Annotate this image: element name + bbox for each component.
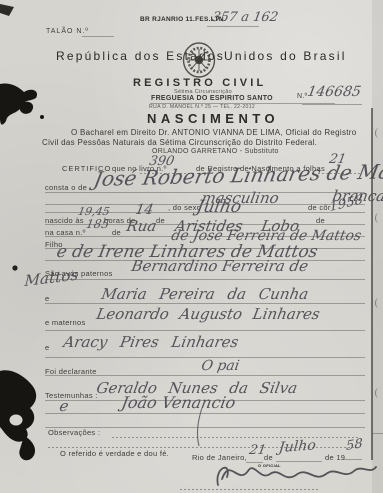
house-number-value: 185: [85, 217, 110, 231]
paternal-grandmother-value: Maria Pereira da Cunha: [100, 285, 310, 303]
edge-artifact: [375, 128, 382, 138]
label-testemunhas: Testemunhas :: [45, 391, 98, 400]
certificate-number-value: 146685: [306, 84, 362, 100]
label-observacoes: Observações :: [48, 428, 100, 437]
witness2-value: João Venancio: [120, 393, 237, 412]
fold-line: [371, 108, 373, 460]
closing-statement: O referido é verdade e dou fé.: [60, 449, 169, 458]
form-rule-line: [45, 303, 365, 304]
edge-mark: [372, 433, 383, 434]
address-label: RUA D. MANOEL N.º 25 — TEL. 22-2012: [149, 104, 255, 110]
declarant-value: O pai: [200, 358, 241, 374]
freguesia-label: FREGUESIA DO ESPIRITO SANTO: [151, 95, 273, 102]
paternal-grandfather-cont: Mattos: [24, 266, 79, 290]
document-title: NASCIMENTO: [147, 111, 279, 126]
archive-stamp-number: 357 a 162: [211, 10, 279, 25]
number-underline: [302, 104, 362, 105]
edge-artifact: [375, 388, 382, 398]
edge-artifact: [375, 213, 382, 223]
form-rule-line: [45, 375, 365, 376]
paternal-grandfather-value: Bernardino Ferreira de: [130, 257, 310, 275]
talao-label: TALÃO N.º: [46, 28, 89, 35]
stamp-underline: [207, 26, 259, 27]
page-edge-shadow: [372, 0, 383, 493]
maternal-grandmother-value: Aracy Pires Linhares: [62, 333, 240, 351]
edge-artifact: [375, 298, 382, 308]
date-year-value: 58: [346, 436, 363, 454]
talao-line: [82, 36, 114, 37]
birth-certificate-page: BR RJANRIO 11.FES.LTN. 357 a 162 TALÃO N…: [0, 0, 383, 493]
republic-title-right: Unidos do Brasil: [224, 49, 347, 63]
label-e-maternos: e maternos: [45, 318, 86, 327]
pen-flourish-stroke: [192, 406, 206, 448]
label-e: e: [45, 343, 49, 352]
label-consta-o-de: consta o de: [45, 183, 87, 192]
official-signature: [212, 453, 380, 493]
birth-month-value: Julho: [195, 197, 243, 217]
label-e: e: [45, 294, 49, 303]
label-de-cor: de côr: [308, 203, 331, 212]
form-rule-line: [45, 279, 365, 280]
maternal-grandfather-value: Leonardo Augusto Linhares: [95, 305, 321, 323]
intro-line1: O Bacharel em Direito Dr. ANTONIO VIANNA…: [71, 128, 357, 137]
registro-civil-title: REGISTRO CIVIL: [133, 77, 266, 89]
form-rule-line: [112, 437, 360, 438]
coat-of-arms-icon: [181, 41, 217, 79]
birth-day-value: 14: [134, 202, 155, 218]
intro-line2: Civil das Pessôas Naturais da Sétima Cir…: [42, 138, 317, 147]
form-rule-line: [45, 330, 365, 331]
